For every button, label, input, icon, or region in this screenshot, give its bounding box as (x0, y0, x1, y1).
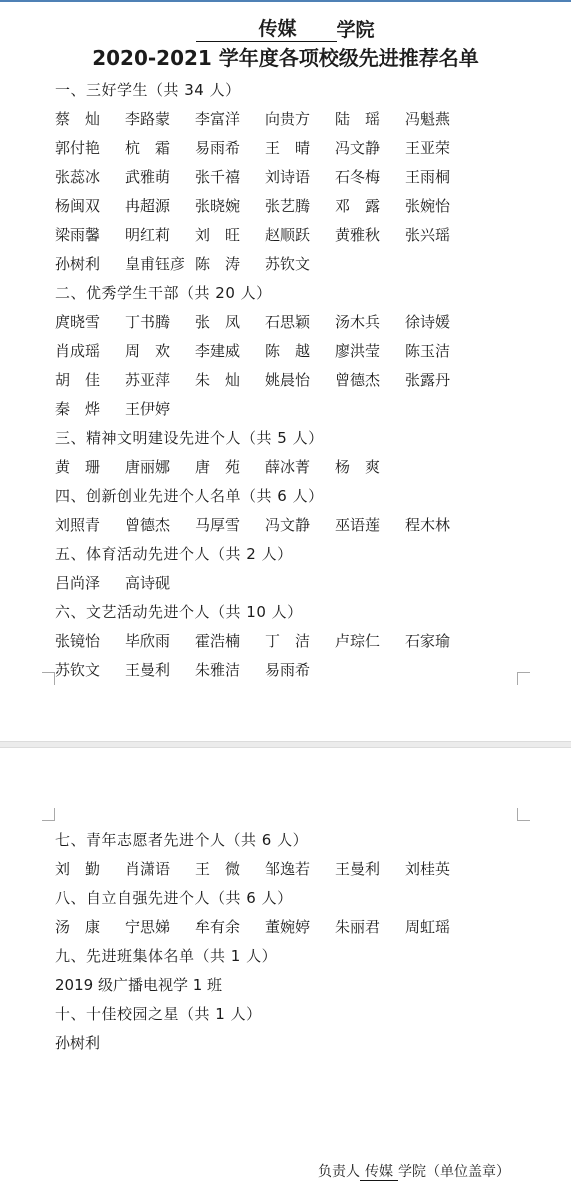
signature-line: 负责人传媒学院（单位盖章） (318, 1161, 510, 1181)
name-item: 陈玉洁 (405, 337, 450, 366)
name-item: 杭 霜 (125, 134, 195, 163)
name-item: 张 凤 (195, 308, 265, 337)
section-heading: 二、优秀学生干部（共 20 人） (55, 279, 571, 308)
name-item: 杨闽双 (55, 192, 125, 221)
name-row: 刘照青曾德杰马厚雪冯文静巫语莲程木林 (55, 511, 571, 540)
name-item: 杨 爽 (335, 453, 380, 482)
name-item: 吕尚泽 (55, 569, 125, 598)
section-heading: 一、三好学生（共 34 人） (55, 76, 571, 105)
name-item: 孙树利 (55, 250, 125, 279)
name-item: 王伊婷 (125, 395, 170, 424)
name-item: 黄雅秋 (335, 221, 405, 250)
name-item: 姚晨怡 (265, 366, 335, 395)
name-item: 张蕊冰 (55, 163, 125, 192)
name-item: 胡 佳 (55, 366, 125, 395)
section-heading: 九、先进班集体名单（共 1 人） (55, 942, 571, 971)
name-item: 皇甫钰彦 (125, 250, 195, 279)
name-row: 郭付艳杭 霜易雨希王 晴冯文静王亚荣 (55, 134, 571, 163)
name-row: 肖成瑶周 欢李建威陈 越廖洪莹陈玉洁 (55, 337, 571, 366)
name-item: 易雨希 (195, 134, 265, 163)
name-row: 梁雨馨明红莉刘 旺赵顺跃黄雅秋张兴瑶 (55, 221, 571, 250)
name-row: 张蕊冰武雅萌张千禧刘诗语石冬梅王雨桐 (55, 163, 571, 192)
margin-corner-mark-page1-bottom-left (42, 672, 55, 685)
document-page-1[interactable]: 传媒学院 2020-2021 学年度各项校级先进推荐名单 一、三好学生（共 34… (0, 2, 571, 741)
school-name: 传媒 (258, 17, 296, 42)
name-item: 肖成瑶 (55, 337, 125, 366)
signature-prefix: 负责人 (318, 1164, 360, 1180)
name-item: 张千禧 (195, 163, 265, 192)
name-item: 刘照青 (55, 511, 125, 540)
name-row: 蔡 灿李路蒙李富洋向贵方陆 瑶冯魁燕 (55, 105, 571, 134)
section-heading: 十、十佳校园之星（共 1 人） (55, 1000, 571, 1029)
name-item: 秦 烨 (55, 395, 125, 424)
name-row: 胡 佳苏亚萍朱 灿姚晨怡曾德杰张露丹 (55, 366, 571, 395)
section-heading: 八、自立自强先进个人（共 6 人） (55, 884, 571, 913)
name-item: 霍浩楠 (195, 627, 265, 656)
section-heading: 七、青年志愿者先进个人（共 6 人） (55, 826, 571, 855)
page-break-separator (0, 741, 571, 748)
name-row: 张镜怡毕欣雨霍浩楠丁 洁卢琮仁石家瑜 (55, 627, 571, 656)
name-row: 2019 级广播电视学 1 班 (55, 971, 571, 1000)
name-item: 周 欢 (125, 337, 195, 366)
name-item: 王曼利 (125, 656, 195, 685)
name-item: 冯魁燕 (405, 105, 450, 134)
name-item: 孙树利 (55, 1029, 100, 1058)
name-item: 张兴瑶 (405, 221, 450, 250)
page-1-content: 一、三好学生（共 34 人）蔡 灿李路蒙李富洋向贵方陆 瑶冯魁燕郭付艳杭 霜易雨… (0, 76, 571, 685)
name-item: 廖洪莹 (335, 337, 405, 366)
name-item: 巫语莲 (335, 511, 405, 540)
name-item: 张艺腾 (265, 192, 335, 221)
name-item: 陈 涛 (195, 250, 265, 279)
name-item: 张镜怡 (55, 627, 125, 656)
name-item: 易雨希 (265, 656, 310, 685)
name-item: 苏钦文 (265, 250, 310, 279)
name-item: 石冬梅 (335, 163, 405, 192)
name-item: 冯文静 (335, 134, 405, 163)
document-page-2[interactable]: 七、青年志愿者先进个人（共 6 人）刘 勤肖潇语王 微邹逸若王曼利刘桂英八、自立… (0, 748, 571, 1185)
document-title-main: 2020-2021 学年度各项校级先进推荐名单 (0, 43, 571, 73)
name-row: 吕尚泽高诗砚 (55, 569, 571, 598)
name-item: 曾德杰 (125, 511, 195, 540)
name-item: 唐丽娜 (125, 453, 195, 482)
name-item: 王亚荣 (405, 134, 450, 163)
section-heading: 五、体育活动先进个人（共 2 人） (55, 540, 571, 569)
name-row: 孙树利 (55, 1029, 571, 1058)
name-item: 丁 洁 (265, 627, 335, 656)
name-item: 王 微 (195, 855, 265, 884)
document-title-school: 传媒学院 (0, 16, 571, 42)
name-item: 冯文静 (265, 511, 335, 540)
name-row: 孙树利皇甫钰彦陈 涛苏钦文 (55, 250, 571, 279)
section-heading: 四、创新创业先进个人名单（共 6 人） (55, 482, 571, 511)
name-item: 黄 珊 (55, 453, 125, 482)
name-item: 唐 苑 (195, 453, 265, 482)
underline-blank (196, 17, 258, 42)
name-item: 马厚雪 (195, 511, 265, 540)
name-item: 2019 级广播电视学 1 班 (55, 971, 222, 1000)
name-item: 向贵方 (265, 105, 335, 134)
name-row: 杨闽双冉超源张晓婉张艺腾邓 露张婉怡 (55, 192, 571, 221)
margin-corner-mark-page1-bottom-right (517, 672, 530, 685)
name-item: 张婉怡 (405, 192, 450, 221)
name-item: 陆 瑶 (335, 105, 405, 134)
name-item: 宁思娣 (125, 913, 195, 942)
name-item: 明红莉 (125, 221, 195, 250)
margin-corner-mark-page2-top-right (517, 808, 530, 821)
name-row: 苏钦文王曼利朱雅洁易雨希 (55, 656, 571, 685)
page-2-content: 七、青年志愿者先进个人（共 6 人）刘 勤肖潇语王 微邹逸若王曼利刘桂英八、自立… (0, 748, 571, 1058)
name-item: 苏钦文 (55, 656, 125, 685)
name-item: 王雨桐 (405, 163, 450, 192)
name-item: 李路蒙 (125, 105, 195, 134)
name-item: 董婉婷 (265, 913, 335, 942)
name-item: 肖潇语 (125, 855, 195, 884)
underline-blank (297, 17, 337, 42)
margin-corner-mark-page2-top-left (42, 808, 55, 821)
name-item: 郭付艳 (55, 134, 125, 163)
name-item: 刘诗语 (265, 163, 335, 192)
name-item: 庹晓雪 (55, 308, 125, 337)
school-suffix: 学院 (337, 18, 375, 42)
name-row: 黄 珊唐丽娜唐 苑薛冰菁杨 爽 (55, 453, 571, 482)
document-viewer: 传媒学院 2020-2021 学年度各项校级先进推荐名单 一、三好学生（共 34… (0, 0, 571, 1185)
signature-suffix: 学院（单位盖章） (398, 1164, 510, 1180)
name-item: 王 晴 (265, 134, 335, 163)
name-item: 周虹瑶 (405, 913, 450, 942)
name-item: 曾德杰 (335, 366, 405, 395)
name-row: 庹晓雪丁书腾张 凤石思颖汤木兵徐诗媛 (55, 308, 571, 337)
name-item: 蔡 灿 (55, 105, 125, 134)
name-item: 徐诗媛 (405, 308, 450, 337)
name-item: 李建威 (195, 337, 265, 366)
name-item: 朱丽君 (335, 913, 405, 942)
name-item: 邓 露 (335, 192, 405, 221)
section-heading: 三、精神文明建设先进个人（共 5 人） (55, 424, 571, 453)
name-item: 梁雨馨 (55, 221, 125, 250)
name-item: 程木林 (405, 511, 450, 540)
name-item: 刘桂英 (405, 855, 450, 884)
name-item: 刘 勤 (55, 855, 125, 884)
name-item: 薛冰菁 (265, 453, 335, 482)
name-item: 朱雅洁 (195, 656, 265, 685)
name-row: 秦 烨王伊婷 (55, 395, 571, 424)
name-item: 赵顺跃 (265, 221, 335, 250)
name-item: 汤 康 (55, 913, 125, 942)
name-item: 石家瑜 (405, 627, 450, 656)
name-item: 朱 灿 (195, 366, 265, 395)
name-item: 李富洋 (195, 105, 265, 134)
name-item: 高诗砚 (125, 569, 170, 598)
name-item: 王曼利 (335, 855, 405, 884)
section-heading: 六、文艺活动先进个人（共 10 人） (55, 598, 571, 627)
name-item: 毕欣雨 (125, 627, 195, 656)
name-item: 张晓婉 (195, 192, 265, 221)
name-item: 陈 越 (265, 337, 335, 366)
name-item: 苏亚萍 (125, 366, 195, 395)
name-item: 丁书腾 (125, 308, 195, 337)
name-row: 刘 勤肖潇语王 微邹逸若王曼利刘桂英 (55, 855, 571, 884)
name-item: 武雅萌 (125, 163, 195, 192)
name-item: 刘 旺 (195, 221, 265, 250)
name-item: 冉超源 (125, 192, 195, 221)
name-item: 卢琮仁 (335, 627, 405, 656)
name-item: 张露丹 (405, 366, 450, 395)
name-item: 牟有余 (195, 913, 265, 942)
name-item: 邹逸若 (265, 855, 335, 884)
name-item: 汤木兵 (335, 308, 405, 337)
name-item: 石思颖 (265, 308, 335, 337)
name-row: 汤 康宁思娣牟有余董婉婷朱丽君周虹瑶 (55, 913, 571, 942)
signature-unit: 传媒 (360, 1164, 398, 1181)
